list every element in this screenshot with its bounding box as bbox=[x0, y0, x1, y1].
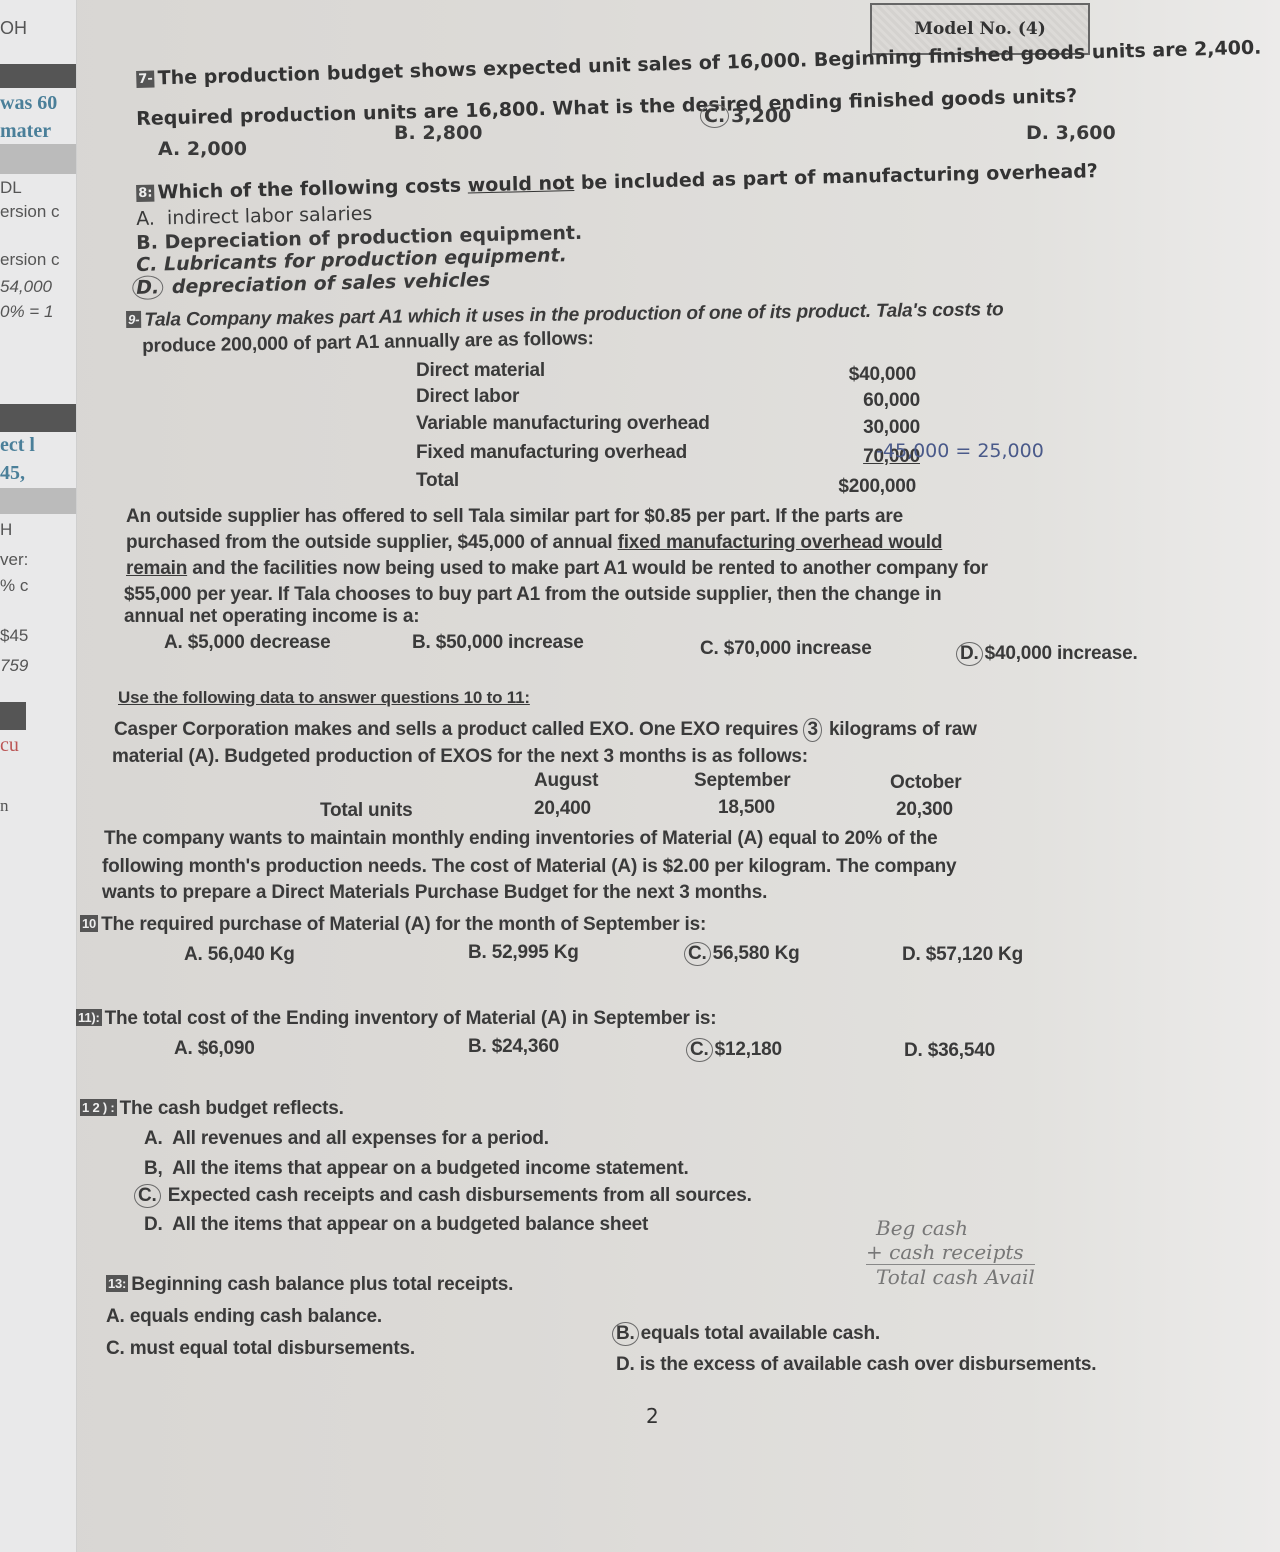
underpage-gray-bar bbox=[0, 144, 76, 174]
cost-row: Direct labor 60,000 bbox=[416, 386, 896, 412]
underpage-fragment: OH bbox=[0, 18, 27, 39]
pencil-note-line: Beg cash bbox=[866, 1216, 1035, 1240]
underpage-fragment: H bbox=[0, 520, 12, 540]
underpage-fragment: 0% = 1 bbox=[0, 302, 53, 322]
underpage-fragment: 45, bbox=[0, 462, 25, 485]
question-8-text: 8:Which of the following costs would not… bbox=[136, 160, 1098, 204]
underpage-fragment: ver: bbox=[0, 550, 28, 570]
underpage-dark-bar bbox=[0, 702, 26, 730]
option-a[interactable]: A. indirect labor salaries bbox=[136, 203, 373, 230]
underpage-fragment: DL bbox=[0, 178, 22, 198]
page-number: 2 bbox=[646, 1404, 659, 1428]
question-7-line2: Required production units are 16,800. Wh… bbox=[136, 85, 1077, 130]
option-d[interactable]: D. All the items that appear on a budget… bbox=[144, 1214, 648, 1236]
option-c[interactable]: C. must equal total disbursements. bbox=[106, 1338, 415, 1360]
question-9-para-line4: $55,000 per year. If Tala chooses to buy… bbox=[124, 584, 941, 606]
option-c-selected[interactable]: C.$12,180 bbox=[686, 1038, 782, 1062]
option-b-selected[interactable]: B.equals total available cash. bbox=[612, 1322, 880, 1346]
option-b[interactable]: B, All the items that appear on a budget… bbox=[144, 1158, 689, 1180]
underpage-fragment: mater bbox=[0, 120, 51, 143]
underpage-fragment: % c bbox=[0, 576, 28, 596]
question-number-badge: 1 2 ) : bbox=[80, 1099, 117, 1116]
table-cell: 20,400 bbox=[534, 798, 591, 820]
option-d[interactable]: D. $57,120 Kg bbox=[902, 944, 1023, 966]
question-9-para-line1: An outside supplier has offered to sell … bbox=[126, 506, 903, 528]
option-c[interactable]: C. $70,000 increase bbox=[700, 638, 872, 660]
underpage-fragment: 759 bbox=[0, 656, 28, 676]
question-10-text: 10The required purchase of Material (A) … bbox=[80, 914, 706, 936]
question-9-line1: 9-Tala Company makes part A1 which it us… bbox=[126, 299, 1004, 332]
option-b[interactable]: B. $50,000 increase bbox=[412, 632, 584, 654]
table-header-month: October bbox=[890, 772, 961, 794]
option-a[interactable]: A. 56,040 Kg bbox=[184, 944, 295, 966]
emphasis-underline: would not bbox=[467, 172, 574, 196]
question-12-text: 1 2 ) :The cash budget reflects. bbox=[80, 1098, 344, 1120]
option-d[interactable]: D. is the excess of available cash over … bbox=[616, 1354, 1096, 1376]
cost-row-total: Total $200,000 bbox=[416, 470, 896, 496]
option-b[interactable]: B. 2,800 bbox=[394, 122, 482, 144]
option-b[interactable]: B. 52,995 Kg bbox=[468, 942, 579, 964]
option-a[interactable]: A. 2,000 bbox=[158, 138, 247, 160]
table-header-month: September bbox=[694, 770, 790, 792]
question-7-line1: 7-The production budget shows expected u… bbox=[136, 37, 1262, 90]
option-d-selected[interactable]: D.$40,000 increase. bbox=[956, 642, 1138, 666]
answer-circle-mark: D. bbox=[132, 275, 164, 300]
pencil-note-line: + cash receipts bbox=[866, 1240, 1035, 1265]
question-text: The production budget shows expected uni… bbox=[157, 37, 1261, 90]
underpage-fragment: ersion c bbox=[0, 250, 60, 270]
table-cell: 20,300 bbox=[896, 799, 953, 821]
casper-line1: Casper Corporation makes and sells a pro… bbox=[114, 718, 977, 742]
handwritten-note: -45,000 = 25,000 bbox=[876, 440, 1044, 462]
underpage-dark-bar bbox=[0, 404, 76, 432]
question-number-badge: 7- bbox=[136, 70, 155, 88]
option-d[interactable]: D. 3,600 bbox=[1026, 122, 1116, 144]
underpage-fragment: ersion c bbox=[0, 202, 60, 222]
underpage-gray-bar bbox=[0, 488, 76, 514]
option-d[interactable]: D. $36,540 bbox=[904, 1040, 995, 1062]
option-c-selected[interactable]: C.3,200 bbox=[700, 104, 791, 128]
option-a[interactable]: A. $5,000 decrease bbox=[164, 632, 331, 654]
question-number-badge: 8: bbox=[136, 185, 155, 202]
table-cell: 18,500 bbox=[718, 797, 775, 819]
exam-page: 7-The production budget shows expected u… bbox=[76, 0, 1280, 1552]
underpage-fragment: cu bbox=[0, 734, 19, 757]
underlying-page-edge: OH was 60 mater DL ersion c ersion c 54,… bbox=[0, 0, 77, 1552]
question-9-para-line5: annual net operating income is a: bbox=[124, 606, 419, 628]
underpage-dark-bar bbox=[0, 64, 76, 88]
underpage-fragment: $45 bbox=[0, 626, 28, 646]
casper-line2: material (A). Budgeted production of EXO… bbox=[112, 746, 808, 768]
answer-circle-mark: C. bbox=[134, 1184, 161, 1208]
emphasis-underline: remain bbox=[126, 558, 187, 579]
circled-number-mark: 3 bbox=[803, 718, 821, 742]
casper-para-line2: following month's production needs. The … bbox=[102, 856, 956, 878]
answer-circle-mark: B. bbox=[612, 1322, 639, 1346]
pencil-scribble-note: Beg cash + cash receipts Total cash Avai… bbox=[866, 1216, 1035, 1289]
answer-circle-mark: C. bbox=[684, 942, 711, 966]
option-a[interactable]: A. All revenues and all expenses for a p… bbox=[144, 1128, 549, 1150]
question-13-text: 13:Beginning cash balance plus total rec… bbox=[106, 1274, 513, 1296]
production-table: August September October Total units 20,… bbox=[76, 770, 1076, 826]
question-number-badge: 13: bbox=[106, 1275, 128, 1292]
option-c-selected[interactable]: C. Expected cash receipts and cash disbu… bbox=[134, 1184, 752, 1208]
question-number-badge: 9- bbox=[126, 311, 141, 328]
question-9-line2: produce 200,000 of part A1 annually are … bbox=[142, 328, 594, 358]
underpage-fragment: ect l bbox=[0, 434, 35, 457]
question-9-para-line3: remain and the facilities now being used… bbox=[126, 558, 988, 580]
underpage-fragment: 54,000 bbox=[0, 277, 52, 297]
table-header-month: August bbox=[534, 770, 598, 792]
cost-row: Direct material $40,000 bbox=[416, 360, 896, 386]
underpage-fragment: n bbox=[0, 796, 9, 816]
casper-para-line1: The company wants to maintain monthly en… bbox=[104, 828, 938, 850]
underpage-fragment: was 60 bbox=[0, 92, 57, 115]
question-9-para-line2: purchased from the outside supplier, $45… bbox=[126, 532, 942, 554]
pencil-note-line: Total cash Avail bbox=[866, 1265, 1035, 1289]
option-a[interactable]: A. $6,090 bbox=[174, 1038, 255, 1060]
casper-para-line3: wants to prepare a Direct Materials Purc… bbox=[102, 882, 767, 904]
option-a[interactable]: A. equals ending cash balance. bbox=[106, 1306, 382, 1328]
cost-row: Variable manufacturing overhead 30,000 bbox=[416, 413, 896, 439]
question-number-badge: 10 bbox=[80, 915, 98, 932]
answer-circle-mark: C. bbox=[686, 1038, 713, 1062]
question-11-text: 11):The total cost of the Ending invento… bbox=[76, 1008, 716, 1030]
question-number-badge: 11): bbox=[76, 1009, 102, 1026]
cost-row: Fixed manufacturing overhead 70,000 bbox=[416, 442, 896, 468]
cost-table: Direct material $40,000 Direct labor 60,… bbox=[416, 360, 896, 500]
answer-circle-mark: D. bbox=[956, 642, 983, 666]
section-heading: Use the following data to answer questio… bbox=[118, 688, 530, 708]
option-b[interactable]: B. $24,360 bbox=[468, 1036, 559, 1058]
emphasis-underline: fixed manufacturing overhead would bbox=[618, 532, 943, 553]
option-c-selected[interactable]: C.56,580 Kg bbox=[684, 942, 800, 966]
answer-circle-mark: C. bbox=[700, 104, 729, 128]
table-row-label: Total units bbox=[320, 800, 412, 822]
